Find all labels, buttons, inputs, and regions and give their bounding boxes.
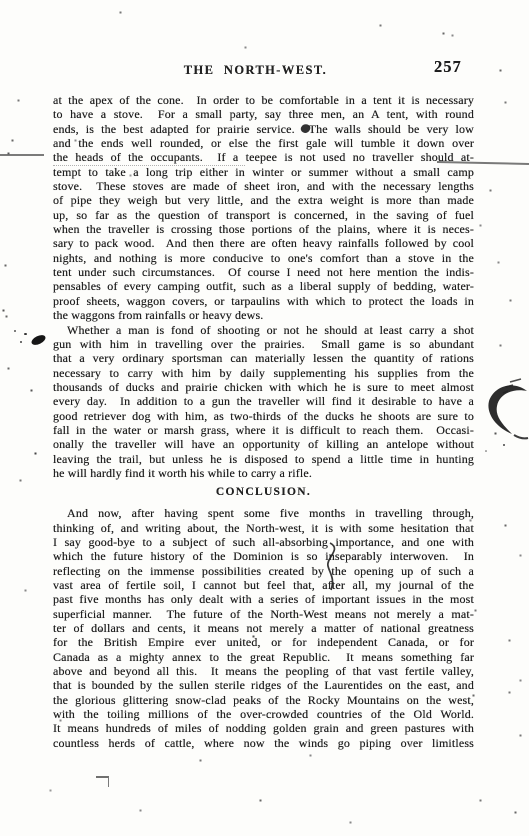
text-line: I say good-bye to a subject of such all-… — [53, 535, 474, 549]
text-line: tempt to take a long trip either in wint… — [53, 165, 474, 179]
text-line: to have a stove. For a small party, say … — [53, 107, 474, 121]
text-line: that a very ordinary sportsman can mater… — [53, 351, 474, 365]
text-line: when the traveller is crossing those por… — [53, 222, 474, 236]
text-line: the waggons from rainfalls or heavy dews… — [53, 308, 474, 322]
text-line: up, so far as the question of transport … — [53, 208, 474, 222]
paragraph: Whether a man is fond of shooting or not… — [53, 323, 474, 481]
running-title: THE NORTH-WEST. — [184, 63, 327, 77]
text-line: And now, after having spent some five mo… — [53, 506, 474, 520]
text-line: good retriever dog with him, as two-thir… — [53, 409, 474, 423]
text-line: countless herds of cattle, where now the… — [53, 736, 474, 750]
text-line: and the ends well rounded, or else the f… — [53, 136, 474, 150]
page-header: THE NORTH-WEST. — [53, 61, 474, 79]
text-line: ter of dollars and cents, it means not m… — [53, 621, 474, 635]
text-line: the heads of the occupants. If a teepee … — [53, 150, 474, 164]
text-line: the glorious glittering snow-clad peaks … — [53, 693, 474, 707]
section-heading: CONCLUSION. — [53, 486, 474, 498]
text-line: onally the traveller will have an opport… — [53, 437, 474, 451]
text-line: that is bounded by the sullen sterile ri… — [53, 678, 474, 692]
text-line: at the apex of the cone. In order to be … — [53, 93, 474, 107]
scanned-book-page: THE NORTH-WEST. 257 at the apex of the c… — [0, 0, 529, 836]
text-line: for the British Empire ever united, or f… — [53, 635, 474, 649]
paragraph: at the apex of the cone. In order to be … — [53, 93, 474, 323]
text-line: every day. In addition to a gun the trav… — [53, 394, 474, 408]
ink-smudge-icon — [480, 377, 529, 453]
text-line: leaving the trail, but unless he is disp… — [53, 452, 474, 466]
ink-speck-icon — [24, 333, 27, 335]
page-number: 257 — [434, 57, 462, 77]
text-line: gun with him in travelling over the prai… — [53, 337, 474, 351]
text-line: vast area of fertile soil, I cannot but … — [53, 578, 474, 592]
text-line: with the toiling millions of the over-cr… — [53, 707, 474, 721]
ink-blot-icon — [30, 333, 47, 347]
text-line: stove. These stoves are made of sheet ir… — [53, 179, 474, 193]
scan-speck-field — [0, 0, 1, 1]
text-line: fall in the water or marsh grass, where … — [53, 423, 474, 437]
text-line: which the future history of the Dominion… — [53, 549, 474, 563]
text-line: above and beyond all this. It means the … — [53, 664, 474, 678]
text-line: reflecting on the immense possibilities … — [53, 564, 474, 578]
corner-bracket-mark — [96, 776, 109, 787]
text-line: It means hundreds of miles of nodding go… — [53, 721, 474, 735]
text-line: he will hardly find it worth his while t… — [53, 466, 474, 480]
text-line: Canada as a mighty annex to the great Re… — [53, 650, 474, 664]
text-line: superficial manner. The future of the No… — [53, 607, 474, 621]
text-line: proof sheets, waggon covers, or tarpauli… — [53, 294, 474, 308]
text-line: Whether a man is fond of shooting or not… — [53, 323, 474, 337]
paragraph: And now, after having spent some five mo… — [53, 506, 474, 750]
text-line: ends, is the best adapted for prairie se… — [53, 122, 474, 136]
text-line: necessary to carry with him by daily sup… — [53, 366, 474, 380]
margin-rule-left — [0, 154, 44, 156]
text-line: of pipe they weigh but very little, and … — [53, 193, 474, 207]
text-line: tent under such circumstances. Of course… — [53, 265, 474, 279]
text-line: nights, and nothing is more conducive to… — [53, 251, 474, 265]
text-column: at the apex of the cone. In order to be … — [53, 93, 474, 750]
text-line: thousands of ducks and prairie chicken w… — [53, 380, 474, 394]
text-line: past five months has only dealt with a s… — [53, 592, 474, 606]
ink-speck-icon — [20, 341, 22, 343]
text-line: thinking of, and writing about, the Nort… — [53, 521, 474, 535]
text-line: pensables of every camping outfit, such … — [53, 279, 474, 293]
text-line: sary to pack wood. And then there are of… — [53, 236, 474, 250]
ink-speck-icon — [14, 330, 16, 332]
